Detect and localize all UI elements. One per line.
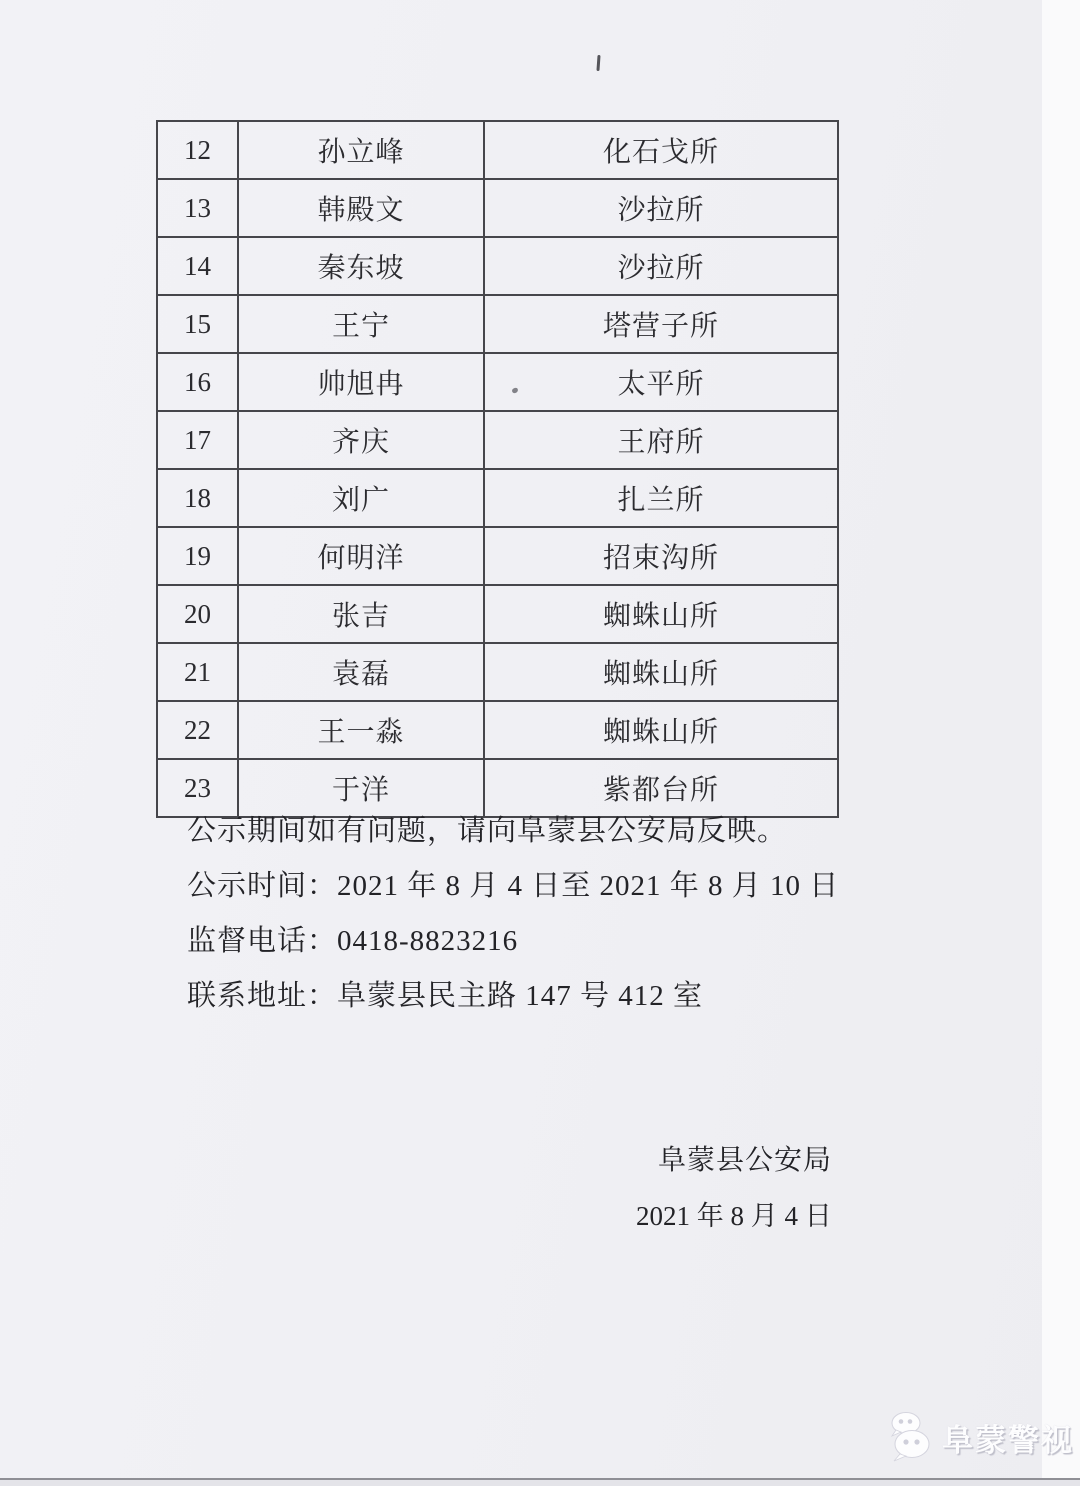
name-cell: 何明洋 [238, 527, 484, 585]
note-period-line: 公示时间：2021 年 8 月 4 日至 2021 年 8 月 10 日 [187, 867, 839, 905]
row-number-cell: 22 [157, 701, 238, 759]
station-cell: 沙拉所 [484, 179, 838, 237]
name-cell: 于洋 [238, 759, 484, 817]
table-row: 19何明洋招束沟所 [157, 527, 838, 585]
note-phone-line: 监督电话：0418-8823216 [187, 922, 518, 960]
row-number-cell: 21 [157, 643, 238, 701]
row-number-cell: 17 [157, 411, 238, 469]
row-number-cell: 13 [157, 179, 238, 237]
scan-page-edge [1042, 0, 1080, 1479]
note-address-line: 联系地址：阜蒙县民主路 147 号 412 室 [187, 977, 703, 1015]
table-row: 17齐庆王府所 [157, 411, 838, 469]
station-cell: 沙拉所 [484, 237, 838, 295]
table-row: 22王一淼蜘蛛山所 [157, 701, 838, 759]
row-number-cell: 15 [157, 295, 238, 353]
station-cell: 蜘蛛山所 [484, 585, 838, 643]
station-cell: 蜘蛛山所 [484, 701, 838, 759]
name-cell: 齐庆 [238, 411, 484, 469]
table-row: 16帅旭冉太平所 [157, 353, 838, 411]
note-feedback-line: 公示期间如有问题，请向阜蒙县公安局反映。 [187, 812, 787, 850]
station-cell: 王府所 [484, 411, 838, 469]
table-row: 12孙立峰化石戈所 [157, 121, 838, 179]
name-cell: 王一淼 [238, 701, 484, 759]
table-row: 20张吉蜘蛛山所 [157, 585, 838, 643]
name-cell: 韩殿文 [238, 179, 484, 237]
row-number-cell: 16 [157, 353, 238, 411]
name-cell: 张吉 [238, 585, 484, 643]
station-cell: 招束沟所 [484, 527, 838, 585]
table-row: 18刘广扎兰所 [157, 469, 838, 527]
station-cell: 紫都台所 [484, 759, 838, 817]
signature-date: 2021 年 8 月 4 日 [636, 1194, 832, 1233]
roster-table: 12孙立峰化石戈所13韩殿文沙拉所14秦东坡沙拉所15王宁塔营子所16帅旭冉太平… [156, 120, 839, 818]
table-row: 13韩殿文沙拉所 [157, 179, 838, 237]
name-cell: 秦东坡 [238, 237, 484, 295]
station-cell: 蜘蛛山所 [484, 643, 838, 701]
row-number-cell: 12 [157, 121, 238, 179]
row-number-cell: 23 [157, 759, 238, 817]
row-number-cell: 14 [157, 237, 238, 295]
name-cell: 帅旭冉 [238, 353, 484, 411]
station-cell: 塔营子所 [484, 295, 838, 353]
station-cell: 化石戈所 [484, 121, 838, 179]
row-number-cell: 20 [157, 585, 238, 643]
roster-table-body: 12孙立峰化石戈所13韩殿文沙拉所14秦东坡沙拉所15王宁塔营子所16帅旭冉太平… [157, 121, 838, 817]
table-row: 21袁磊蜘蛛山所 [157, 643, 838, 701]
scanned-notice-page: 12孙立峰化石戈所13韩殿文沙拉所14秦东坡沙拉所15王宁塔营子所16帅旭冉太平… [0, 0, 1080, 1486]
table-row: 23于洋紫都台所 [157, 759, 838, 817]
name-cell: 王宁 [238, 295, 484, 353]
name-cell: 刘广 [238, 469, 484, 527]
table-row: 15王宁塔营子所 [157, 295, 838, 353]
name-cell: 孙立峰 [238, 121, 484, 179]
wechat-watermark: 阜蒙警视 [884, 1412, 1074, 1462]
wechat-logo-icon [884, 1412, 936, 1462]
row-number-cell: 19 [157, 527, 238, 585]
name-cell: 袁磊 [238, 643, 484, 701]
row-number-cell: 18 [157, 469, 238, 527]
watermark-label: 阜蒙警视 [942, 1415, 1074, 1460]
station-cell: 扎兰所 [484, 469, 838, 527]
table-row: 14秦东坡沙拉所 [157, 237, 838, 295]
scan-artifact-mark [596, 55, 600, 71]
scan-bottom-strip [0, 1480, 1080, 1486]
signature-organization: 阜蒙县公安局 [658, 1138, 832, 1178]
station-cell: 太平所 [484, 353, 838, 411]
